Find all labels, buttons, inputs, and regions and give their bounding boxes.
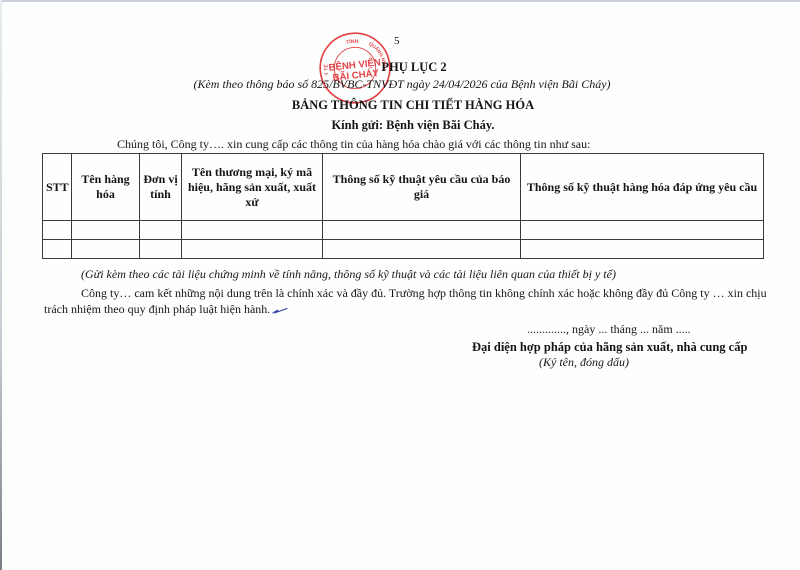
- table-cell: [521, 240, 764, 259]
- representative-title: Đại diện hợp pháp của hãng sản xuất, nhà…: [472, 340, 747, 355]
- table-title: BẢNG THÔNG TIN CHI TIẾT HÀNG HÓA: [0, 98, 800, 113]
- table-row: [43, 240, 764, 259]
- header-product-name: Tên hàng hóa: [72, 154, 140, 221]
- header-stt: STT: [43, 154, 72, 221]
- svg-text:TỈNH: TỈNH: [345, 37, 359, 46]
- initial-signature-icon: [272, 307, 288, 314]
- attachment-note: (Kèm theo thông báo số 825/BVBC-TNVĐT ng…: [0, 77, 800, 92]
- header-trade-name: Tên thương mại, ký mã hiệu, hãng sản xuấ…: [182, 154, 323, 221]
- goods-table: STT Tên hàng hóa Đơn vị tính Tên thương …: [42, 153, 764, 259]
- page-number: 5: [394, 35, 400, 47]
- table-cell: [72, 240, 140, 259]
- table-cell: [182, 221, 323, 240]
- commitment-paragraph: Công ty… cam kết những nội dung trên là …: [44, 285, 774, 317]
- table-cell: [521, 221, 764, 240]
- table-row: [43, 221, 764, 240]
- table-cell: [43, 221, 72, 240]
- table-cell: [323, 240, 521, 259]
- table-cell: [43, 240, 72, 259]
- date-line: ............., ngày ... tháng ... năm ..…: [527, 322, 691, 337]
- sign-note: (Ký tên, đóng dấu): [539, 355, 629, 370]
- table-cell: [140, 221, 182, 240]
- commitment-text: Công ty… cam kết những nội dung trên là …: [44, 286, 767, 316]
- table-cell: [323, 221, 521, 240]
- table-cell: [72, 221, 140, 240]
- intro-text: Chúng tôi, Công ty…. xin cung cấp các th…: [117, 137, 590, 152]
- table-cell: [182, 240, 323, 259]
- table-cell: [140, 240, 182, 259]
- table-header-row: STT Tên hàng hóa Đơn vị tính Tên thương …: [43, 154, 764, 221]
- header-offered-specs: Thông số kỹ thuật hàng hóa đáp ứng yêu c…: [521, 154, 764, 221]
- header-required-specs: Thông số kỹ thuật yêu cầu của báo giá: [323, 154, 521, 221]
- header-unit: Đơn vị tính: [140, 154, 182, 221]
- appendix-title: PHỤ LỤC 2: [0, 60, 800, 75]
- page-top-edge: [0, 0, 800, 2]
- stamp-ring-top: TỈNH: [345, 37, 359, 46]
- recipient: Kính gửi: Bệnh viện Bãi Cháy.: [0, 118, 800, 133]
- attachment-hint: (Gửi kèm theo các tài liệu chứng minh về…: [81, 267, 616, 282]
